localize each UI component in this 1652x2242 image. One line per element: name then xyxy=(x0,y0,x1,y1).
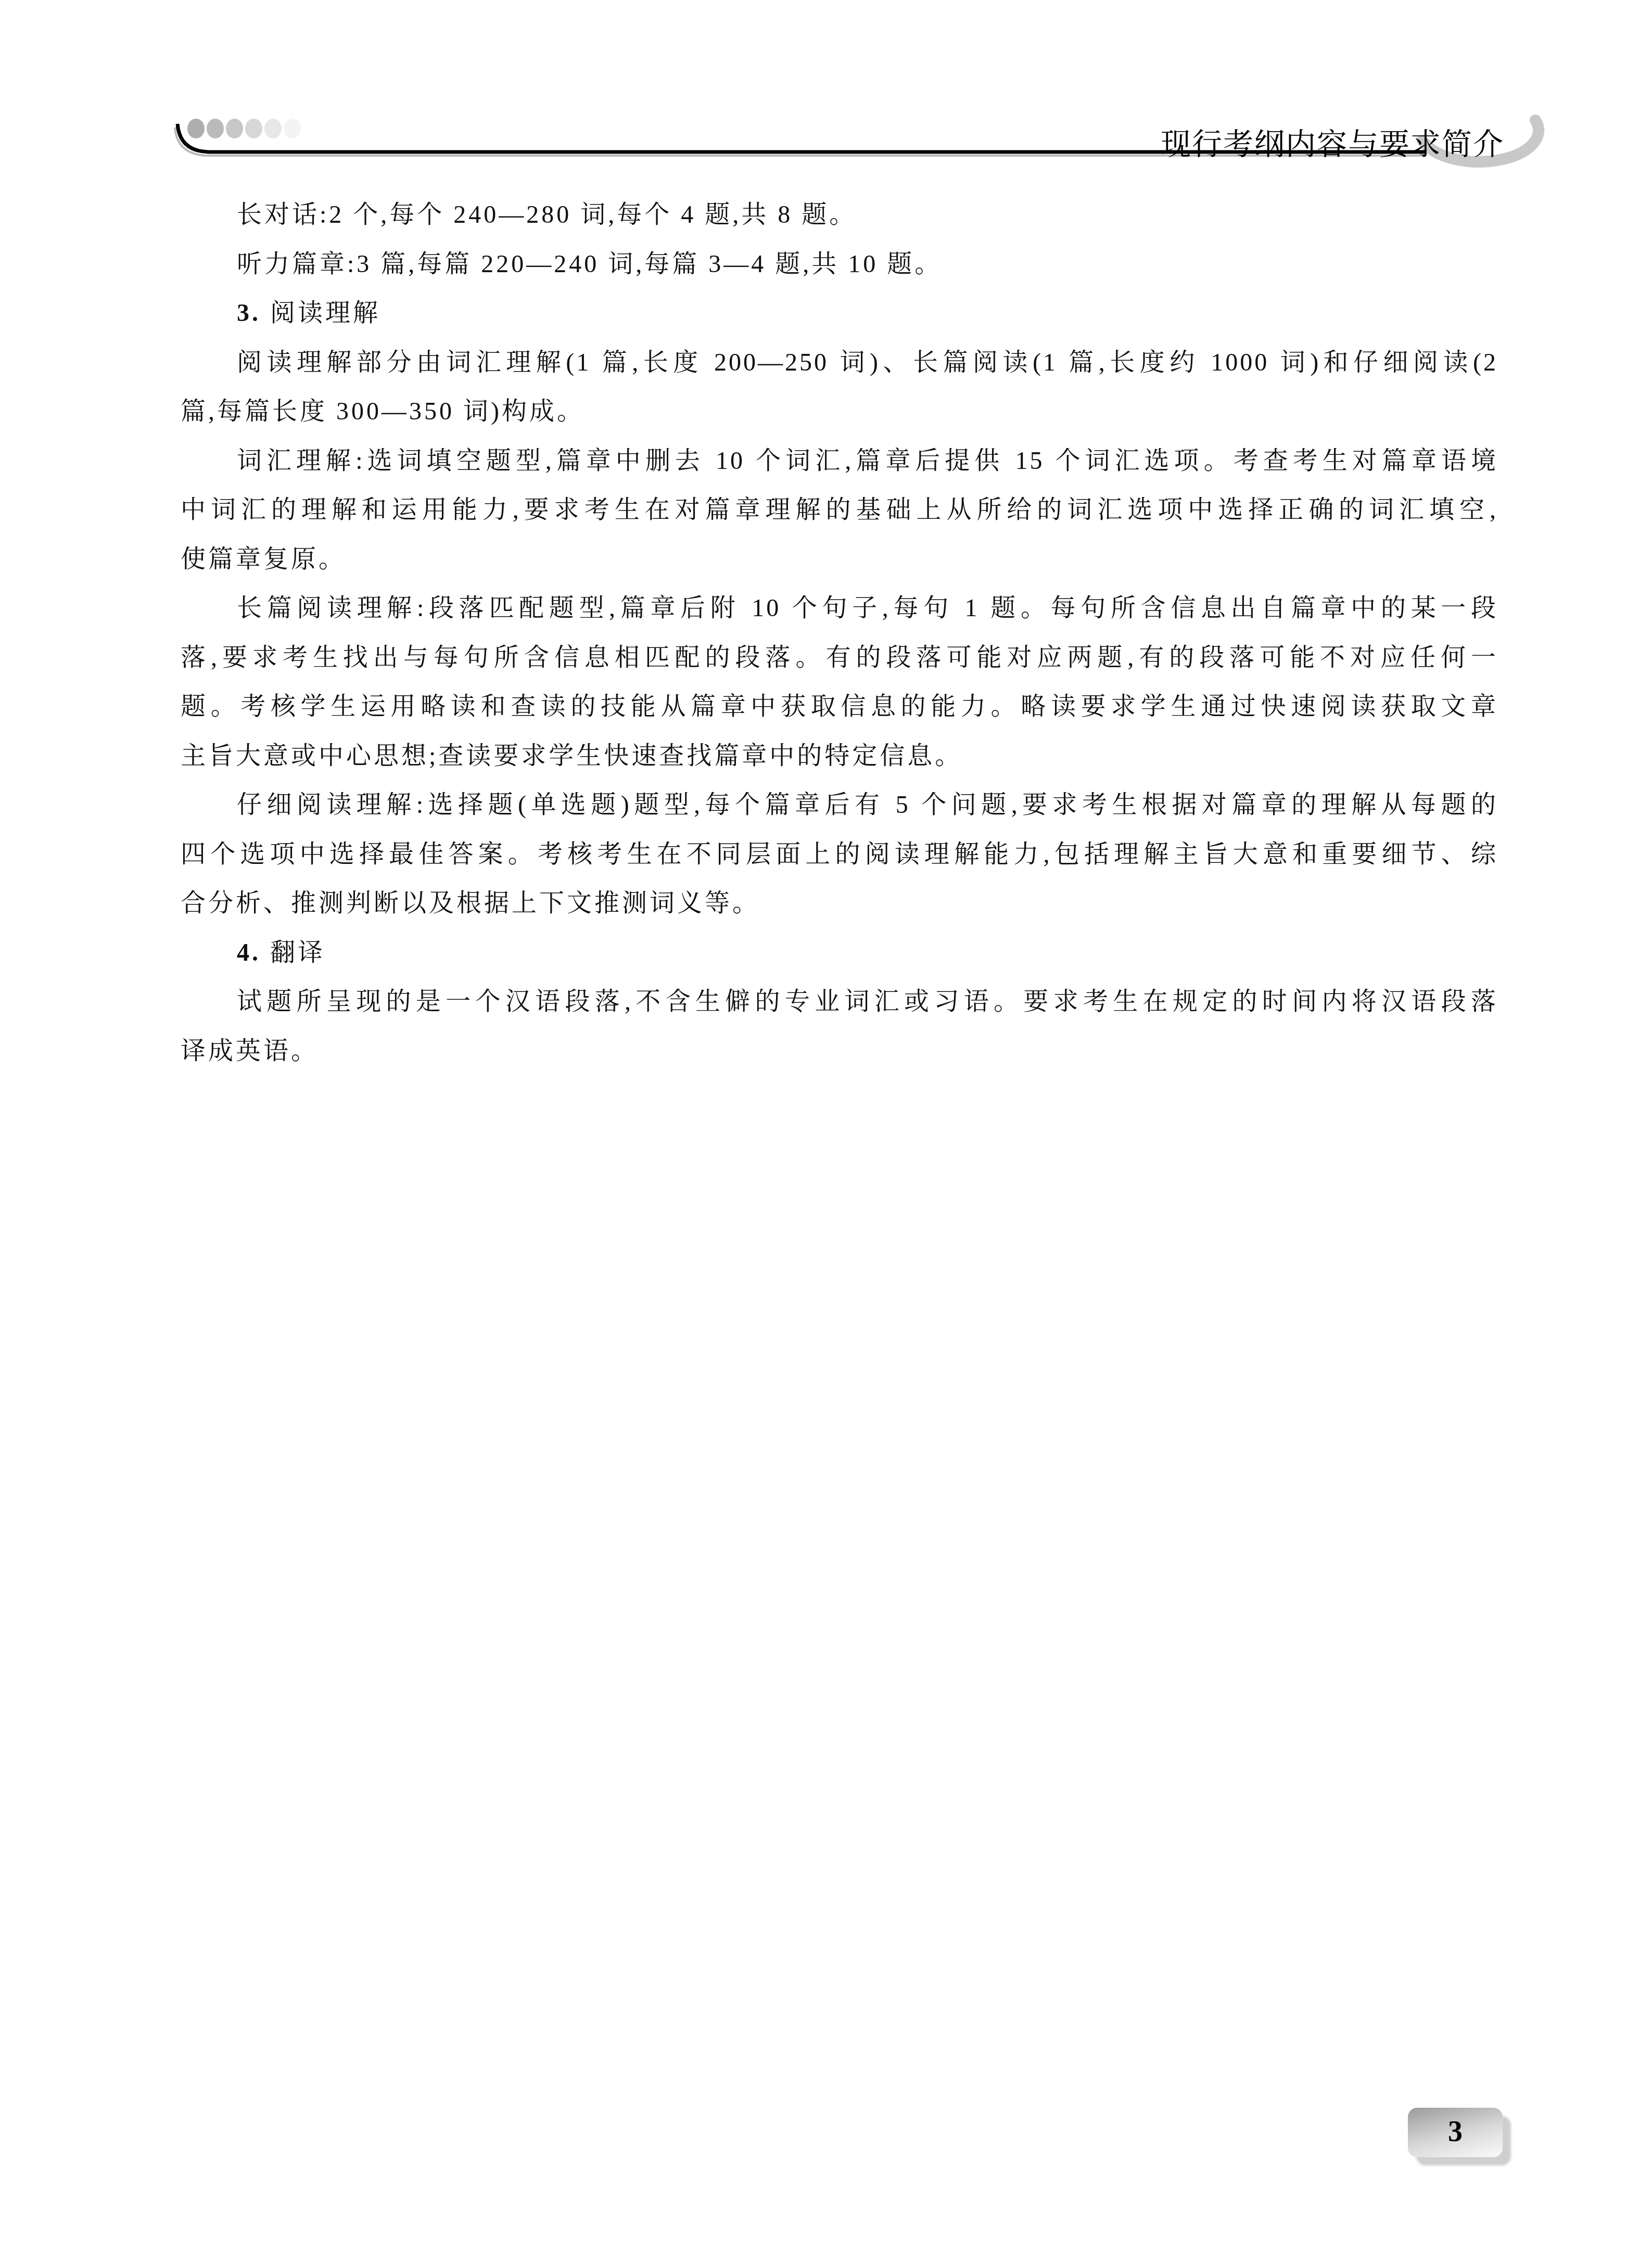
text-line: 合分析、推测判断以及根据上下文推测词义等。 xyxy=(181,879,1498,928)
dot-icon xyxy=(207,119,224,138)
text-line: 主旨大意或中心思想;查读要求学生快速查找篇章中的特定信息。 xyxy=(181,732,1498,781)
section-label: 阅读理解 xyxy=(270,299,380,327)
text-line: 四个选项中选择最佳答案。考核考生在不同层面上的阅读理解能力,包括理解主旨大意和重… xyxy=(181,830,1498,880)
text-line: 译成英语。 xyxy=(181,1027,1498,1076)
text-line: 篇,每篇长度 300—350 词)构成。 xyxy=(181,387,1498,437)
text-line: 长篇阅读理解:段落匹配题型,篇章后附 10 个句子,每句 1 题。每句所含信息出… xyxy=(181,584,1498,633)
section-label: 翻译 xyxy=(270,939,325,966)
page-number: 3 xyxy=(1448,2115,1463,2148)
section-heading: 4.翻译 xyxy=(181,928,1498,978)
text-line: 长对话:2 个,每个 240—280 词,每个 4 题,共 8 题。 xyxy=(181,190,1498,240)
text-line: 中词汇的理解和运用能力,要求考生在对篇章理解的基础上从所给的词汇选项中选择正确的… xyxy=(181,486,1498,535)
running-head-title: 现行考纲内容与要求简介 xyxy=(1161,120,1504,163)
text-line: 仔细阅读理解:选择题(单选题)题型,每个篇章后有 5 个问题,要求考生根据对篇章… xyxy=(181,781,1498,830)
dot-icon xyxy=(245,119,262,138)
book-page: 现行考纲内容与要求简介 长对话:2 个,每个 240—280 词,每个 4 题,… xyxy=(0,0,1652,2242)
text-line: 阅读理解部分由词汇理解(1 篇,长度 200—250 词)、长篇阅读(1 篇,长… xyxy=(181,338,1498,388)
section-number: 3. xyxy=(237,299,261,327)
dot-icon xyxy=(226,119,243,138)
text-line: 词汇理解:选词填空题型,篇章中删去 10 个词汇,篇章后提供 15 个词汇选项。… xyxy=(181,437,1498,486)
fading-dots-icon xyxy=(187,119,301,138)
header-art xyxy=(0,0,1652,219)
section-number: 4. xyxy=(237,939,261,966)
text-line: 落,要求考生找出与每句所含信息相匹配的段落。有的段落可能对应两题,有的段落可能不… xyxy=(181,633,1498,683)
dot-icon xyxy=(187,119,205,138)
body-text: 长对话:2 个,每个 240—280 词,每个 4 题,共 8 题。 听力篇章:… xyxy=(181,190,1498,1076)
dot-icon xyxy=(284,119,301,138)
text-line: 题。考核学生运用略读和查读的技能从篇章中获取信息的能力。略读要求学生通过快速阅读… xyxy=(181,682,1498,732)
text-line: 听力篇章:3 篇,每篇 220—240 词,每篇 3—4 题,共 10 题。 xyxy=(181,240,1498,289)
text-line: 使篇章复原。 xyxy=(181,535,1498,584)
dot-icon xyxy=(264,119,282,138)
text-line: 试题所呈现的是一个汉语段落,不含生僻的专业词汇或习语。要求考生在规定的时间内将汉… xyxy=(181,977,1498,1027)
section-heading: 3.阅读理解 xyxy=(181,289,1498,338)
page-number-badge: 3 xyxy=(1408,2108,1503,2157)
